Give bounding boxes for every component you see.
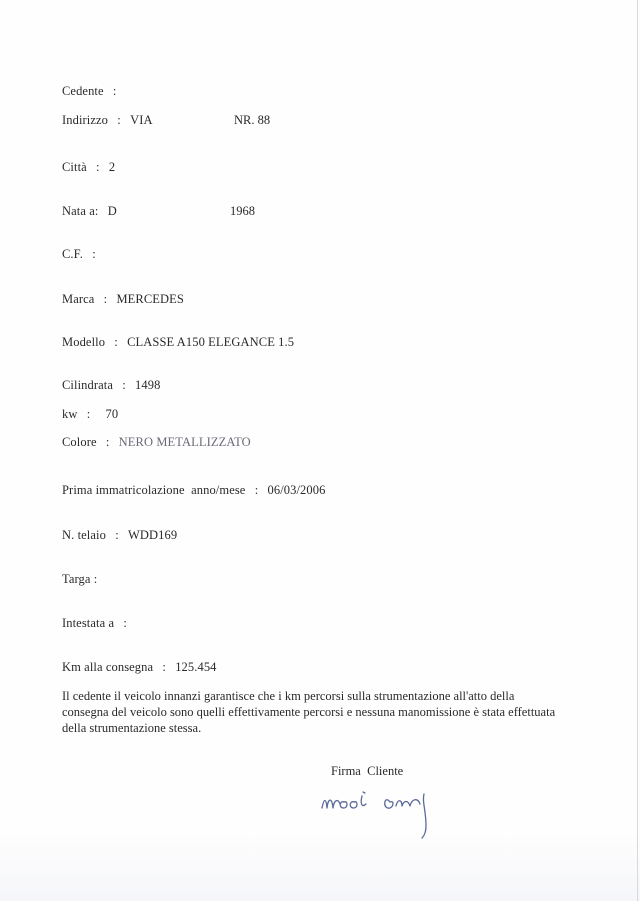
field-cilindrata: Cilindrata : 1498 xyxy=(62,378,160,393)
birth-year: 1968 xyxy=(230,204,255,219)
field-citta: Città : 2 xyxy=(62,160,115,175)
label: Città xyxy=(62,160,87,174)
separator: : xyxy=(94,572,98,586)
value: 70 xyxy=(106,407,119,421)
field-cedente: Cedente : xyxy=(62,84,116,99)
label: Colore xyxy=(62,435,97,449)
field-modello: Modello : CLASSE A150 ELEGANCE 1.5 xyxy=(62,335,294,350)
value: 125.454 xyxy=(175,660,216,674)
label: Cedente xyxy=(62,84,104,98)
field-telaio: N. telaio : WDD169 xyxy=(62,528,177,543)
scan-edge-shading xyxy=(0,831,640,901)
field-intestata: Intestata a : xyxy=(62,616,127,631)
separator: : xyxy=(104,292,108,306)
field-kw: kw : 70 xyxy=(62,407,118,422)
label: Modello xyxy=(62,335,105,349)
value: VIA xyxy=(130,113,153,127)
value: D xyxy=(108,204,117,218)
label: Cilindrata xyxy=(62,378,113,392)
declaration-paragraph: Il cedente il veicolo innanzi garantisce… xyxy=(62,688,602,736)
label: Targa xyxy=(62,572,91,586)
value: CLASSE A150 ELEGANCE 1.5 xyxy=(127,335,294,349)
value: 2 xyxy=(109,160,115,174)
separator: : xyxy=(115,528,119,542)
label: C.F. xyxy=(62,247,83,261)
label: Intestata a xyxy=(62,616,114,630)
separator: : xyxy=(122,378,126,392)
field-marca: Marca : MERCEDES xyxy=(62,292,184,307)
separator: : xyxy=(87,407,91,421)
label: Marca xyxy=(62,292,94,306)
field-prima-immatricolazione: Prima immatricolazione anno/mese : 06/03… xyxy=(62,483,325,498)
separator: : xyxy=(123,616,127,630)
value: WDD169 xyxy=(128,528,177,542)
separator: : xyxy=(106,435,110,449)
label: N. telaio xyxy=(62,528,106,542)
declaration-line: Il cedente il veicolo innanzi garantisce… xyxy=(62,688,602,704)
declaration-line: della strumentazione stessa. xyxy=(62,720,602,736)
value: MERCEDES xyxy=(116,292,183,306)
scanned-page: Cedente : Indirizzo : VIA NR. 88 Città :… xyxy=(0,0,640,901)
field-colore: Colore : NERO METALLIZZATO xyxy=(62,435,251,450)
separator: : xyxy=(96,160,100,174)
field-nata-a: Nata a: D xyxy=(62,204,117,219)
separator: : xyxy=(162,660,166,674)
indirizzo-number: NR. 88 xyxy=(234,113,270,128)
label: Km alla consegna xyxy=(62,660,153,674)
separator: : xyxy=(95,204,99,218)
label: Prima immatricolazione anno/mese xyxy=(62,483,245,497)
separator: : xyxy=(114,335,118,349)
field-cf: C.F. : xyxy=(62,247,96,262)
field-indirizzo: Indirizzo : VIA xyxy=(62,113,153,128)
separator: : xyxy=(255,483,259,497)
declaration-line: consegna del veicolo sono quelli effetti… xyxy=(62,704,602,720)
separator: : xyxy=(92,247,96,261)
separator: : xyxy=(117,113,121,127)
separator: : xyxy=(113,84,117,98)
field-km: Km alla consegna : 125.454 xyxy=(62,660,217,675)
label: Nata a xyxy=(62,204,95,218)
label: Indirizzo xyxy=(62,113,108,127)
field-targa: Targa : xyxy=(62,572,97,587)
signature-label: Firma Cliente xyxy=(331,764,403,779)
label: kw xyxy=(62,407,77,421)
value: 1498 xyxy=(135,378,160,392)
value: 06/03/2006 xyxy=(268,483,326,497)
value: NERO METALLIZZATO xyxy=(119,435,251,449)
